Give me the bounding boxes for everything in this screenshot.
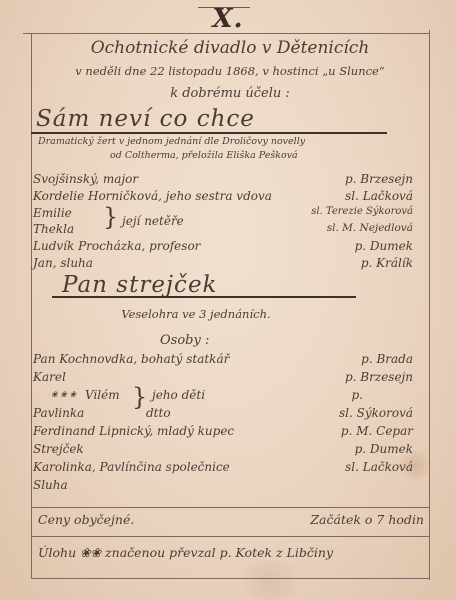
header-theatre-name: Ochotnické divadlo v Dětenicích [31,38,429,58]
cast-row: Kordelie Horničková, jeho sestra vdova s… [33,189,423,206]
header-purpose: k dobrému účelu : [31,86,429,101]
cast-row: ❀ ❀ ❀ Vilém p. [33,388,423,405]
cast-actor: p. Brzesejn [345,172,413,186]
cast-actor: p. Králík [361,256,413,270]
cast-row: Strejček p. Dumek [33,442,423,459]
cast-actor: sl. Lačková [345,189,413,203]
footer-top-rule [31,507,429,508]
cast-actor: sl. M. Nejedlová [327,222,413,234]
cast-row: Sluha [33,478,423,495]
frame-right-rule [429,30,430,580]
cast-role: Svojšinský, major [33,172,138,186]
cast-role: Jan, sluha [33,256,93,270]
play1-subtitle-line2: od Coltherma, přeložila Eliška Pešková [110,150,298,161]
manuscript-page: X. Ochotnické divadlo v Dětenicích v ned… [0,0,456,600]
footer-prices: Ceny obyčejné. [38,512,134,527]
cast-actor: p. [352,388,364,402]
cast-role: Strejček [33,442,84,456]
footer-middle-rule [31,536,429,537]
paper-stain [230,560,310,600]
header-date-venue: v neděli dne 22 listopadu 1868, v hostin… [31,64,429,78]
cast-actor: sl. Sýkorová [339,406,413,420]
cast-actor: p. Brzesejn [345,370,413,384]
cast-actor: sl. Terezie Sýkorová [311,206,413,217]
play2-title-underline [52,296,356,298]
cast-role: Karel [33,370,66,384]
footer-start-time: Začátek o 7 hodin [310,512,424,527]
cast-role: Karolinka, Pavlínčina společnice [33,460,230,474]
frame-left-rule [31,33,32,578]
cast-actor: p. M. Cepar [341,424,413,438]
play2-subtitle: Veselohra ve 3 jednáních. [31,307,361,321]
page-number: X. [198,4,258,34]
cast-role: Kordelie Horničková, jeho sestra vdova [33,189,272,203]
cast-role: Thekla [33,222,74,236]
cast-row: Pan Kochnovdka, bohatý statkář p. Brada [33,352,423,369]
flower-ornament-icon: ❀ ❀ ❀ [51,390,76,399]
cast-row: Jan, sluha p. Králík [33,256,423,273]
cast-actor: p. Brada [361,352,413,366]
play1-title: Sám neví co chce [36,106,255,132]
cast-role: Emilie [33,206,72,220]
cast-row: Thekla sl. M. Nejedlová [33,222,423,239]
cast-row: Ludvík Procházka, profesor p. Dumek [33,239,423,256]
cast-role: Pavlinka [33,406,84,420]
cast-row: Emilie sl. Terezie Sýkorová [33,206,423,223]
cast-role: Vilém [85,388,120,402]
cast-role: Ferdinand Lipnický, mladý kupec [33,424,234,438]
cast-role: Ludvík Procházka, profesor [33,239,200,253]
frame-top-rule [23,33,429,34]
play1-subtitle-line1: Dramatický žert v jednom jednání dle Dro… [38,136,305,147]
cast-actor: sl. Lačková [345,460,413,474]
play1-title-underline [31,132,387,134]
cast-actor: p. Dumek [355,239,413,253]
cast-row: Karolinka, Pavlínčina společnice sl. Lač… [33,460,423,477]
cast-actor: p. Dumek [355,442,413,456]
cast-role: Pan Kochnovdka, bohatý statkář [33,352,229,366]
brace-note: její netěře [122,214,184,228]
cast-row: Svojšinský, major p. Brzesejn [33,172,423,189]
brace-note-ditto: dtto [146,406,171,420]
cast-row: Karel p. Brzesejn [33,370,423,387]
cast-row: Ferdinand Lipnický, mladý kupec p. M. Ce… [33,424,423,441]
play2-persons-heading: Osoby : [160,333,209,348]
footer-note: Úlohu ❀❀ značenou převzal p. Kotek z Lib… [38,545,333,560]
brace-note: jeho děti [152,388,205,402]
cast-row: Pavlinka sl. Sýkorová [33,406,423,423]
play2-title: Pan strejček [62,272,218,298]
cast-role: Sluha [33,478,68,492]
frame-bottom-rule [31,578,429,579]
brace-icon: } [103,205,118,229]
